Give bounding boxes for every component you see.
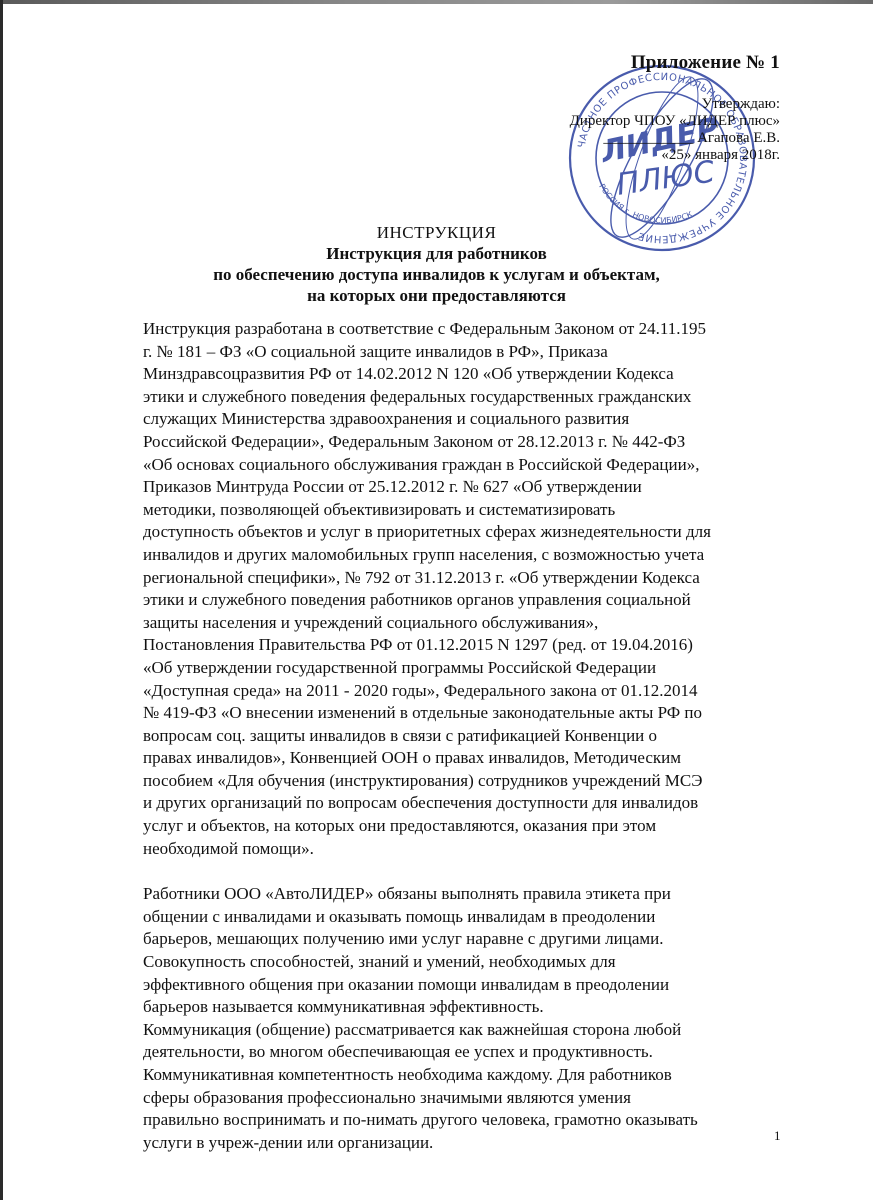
text-line: «Об утверждении государственной программ… bbox=[143, 657, 763, 680]
text-line: и других организаций по вопросам обеспеч… bbox=[143, 792, 763, 815]
approval-signature: ____________ Агапова Е.В. bbox=[570, 130, 780, 147]
text-line: услуг и объектов, на которых они предост… bbox=[143, 815, 763, 838]
text-line: региональной специфики», № 792 от 31.12.… bbox=[143, 567, 763, 590]
document-title-block: ИНСТРУКЦИЯ Инструкция для работников по … bbox=[0, 222, 873, 306]
approval-label: Утверждаю: bbox=[570, 96, 780, 113]
text-line: защиты населения и учреждений социальног… bbox=[143, 612, 763, 635]
document-body: Инструкция разработана в соответствие с … bbox=[143, 318, 763, 1154]
paragraph-employee-duties: Работники ООО «АвтоЛИДЕР» обязаны выполн… bbox=[143, 883, 763, 1154]
document-type: ИНСТРУКЦИЯ bbox=[0, 222, 873, 243]
text-line: барьеров, мешающих получению ими услуг н… bbox=[143, 928, 763, 951]
text-line: № 419-ФЗ «О внесении изменений в отдельн… bbox=[143, 702, 763, 725]
text-line: Приказов Минтруда России от 25.12.2012 г… bbox=[143, 476, 763, 499]
text-line: эффективного общения при оказании помощи… bbox=[143, 974, 763, 997]
text-line: пособием «Для обучения (инструктирования… bbox=[143, 770, 763, 793]
text-line: Постановления Правительства РФ от 01.12.… bbox=[143, 634, 763, 657]
text-line: общении с инвалидами и оказывать помощь … bbox=[143, 906, 763, 929]
text-line: Инструкция разработана в соответствие с … bbox=[143, 318, 763, 341]
text-line: Совокупность способностей, знаний и умен… bbox=[143, 951, 763, 974]
paragraph-legal-basis: Инструкция разработана в соответствие с … bbox=[143, 318, 763, 860]
text-line: правах инвалидов», Конвенцией ООН о прав… bbox=[143, 747, 763, 770]
approval-date: «25» января 2018г. bbox=[570, 147, 780, 164]
document-subtitle-line: Инструкция для работников bbox=[0, 243, 873, 264]
scan-edge-top bbox=[0, 0, 873, 4]
page-number: 1 bbox=[774, 1128, 781, 1144]
text-line: г. № 181 – ФЗ «О социальной защите инвал… bbox=[143, 341, 763, 364]
text-line: Российской Федерации», Федеральным Закон… bbox=[143, 431, 763, 454]
text-line: правильно воспринимать и по-нимать друго… bbox=[143, 1109, 763, 1132]
text-line: Коммуникация (общение) рассматривается к… bbox=[143, 1019, 763, 1042]
text-line: методики, позволяющей объективизировать … bbox=[143, 499, 763, 522]
text-line: необходимой помощи». bbox=[143, 838, 763, 861]
text-line: деятельности, во многом обеспечивающая е… bbox=[143, 1041, 763, 1064]
text-line: «Об основах социального обслуживания гра… bbox=[143, 454, 763, 477]
text-line: доступность объектов и услуг в приоритет… bbox=[143, 521, 763, 544]
text-line: вопросам соц. защиты инвалидов в связи с… bbox=[143, 725, 763, 748]
text-line: этики и служебного поведения федеральных… bbox=[143, 386, 763, 409]
appendix-title: Приложение № 1 bbox=[570, 52, 780, 74]
svg-text:РОССИЯ г. НОВОСИБИРСК: РОССИЯ г. НОВОСИБИРСК bbox=[597, 182, 694, 225]
approval-director: Директор ЧПОУ «ЛИДЕР плюс» bbox=[570, 113, 780, 130]
text-line: Минздравсоцразвития РФ от 14.02.2012 N 1… bbox=[143, 363, 763, 386]
text-line: услуги в учреж-дении или организации. bbox=[143, 1132, 763, 1155]
text-line: барьеров называется коммуникативная эффе… bbox=[143, 996, 763, 1019]
text-line: этики и служебного поведения работников … bbox=[143, 589, 763, 612]
text-line: служащих Министерства здравоохранения и … bbox=[143, 408, 763, 431]
document-subtitle-line: по обеспечению доступа инвалидов к услуг… bbox=[0, 264, 873, 285]
document-subtitle-line: на которых они предоставляются bbox=[0, 285, 873, 306]
scan-edge-left bbox=[0, 0, 3, 1200]
paragraph-spacer bbox=[143, 860, 763, 883]
text-line: «Доступная среда» на 2011 - 2020 годы», … bbox=[143, 680, 763, 703]
text-line: инвалидов и других маломобильных групп н… bbox=[143, 544, 763, 567]
text-line: Коммуникативная компетентность необходим… bbox=[143, 1064, 763, 1087]
text-line: сферы образования профессионально значим… bbox=[143, 1087, 763, 1110]
approval-header: Приложение № 1 Утверждаю: Директор ЧПОУ … bbox=[570, 52, 780, 164]
stamp-bottom-text: РОССИЯ г. НОВОСИБИРСК bbox=[597, 182, 694, 225]
text-line: Работники ООО «АвтоЛИДЕР» обязаны выполн… bbox=[143, 883, 763, 906]
